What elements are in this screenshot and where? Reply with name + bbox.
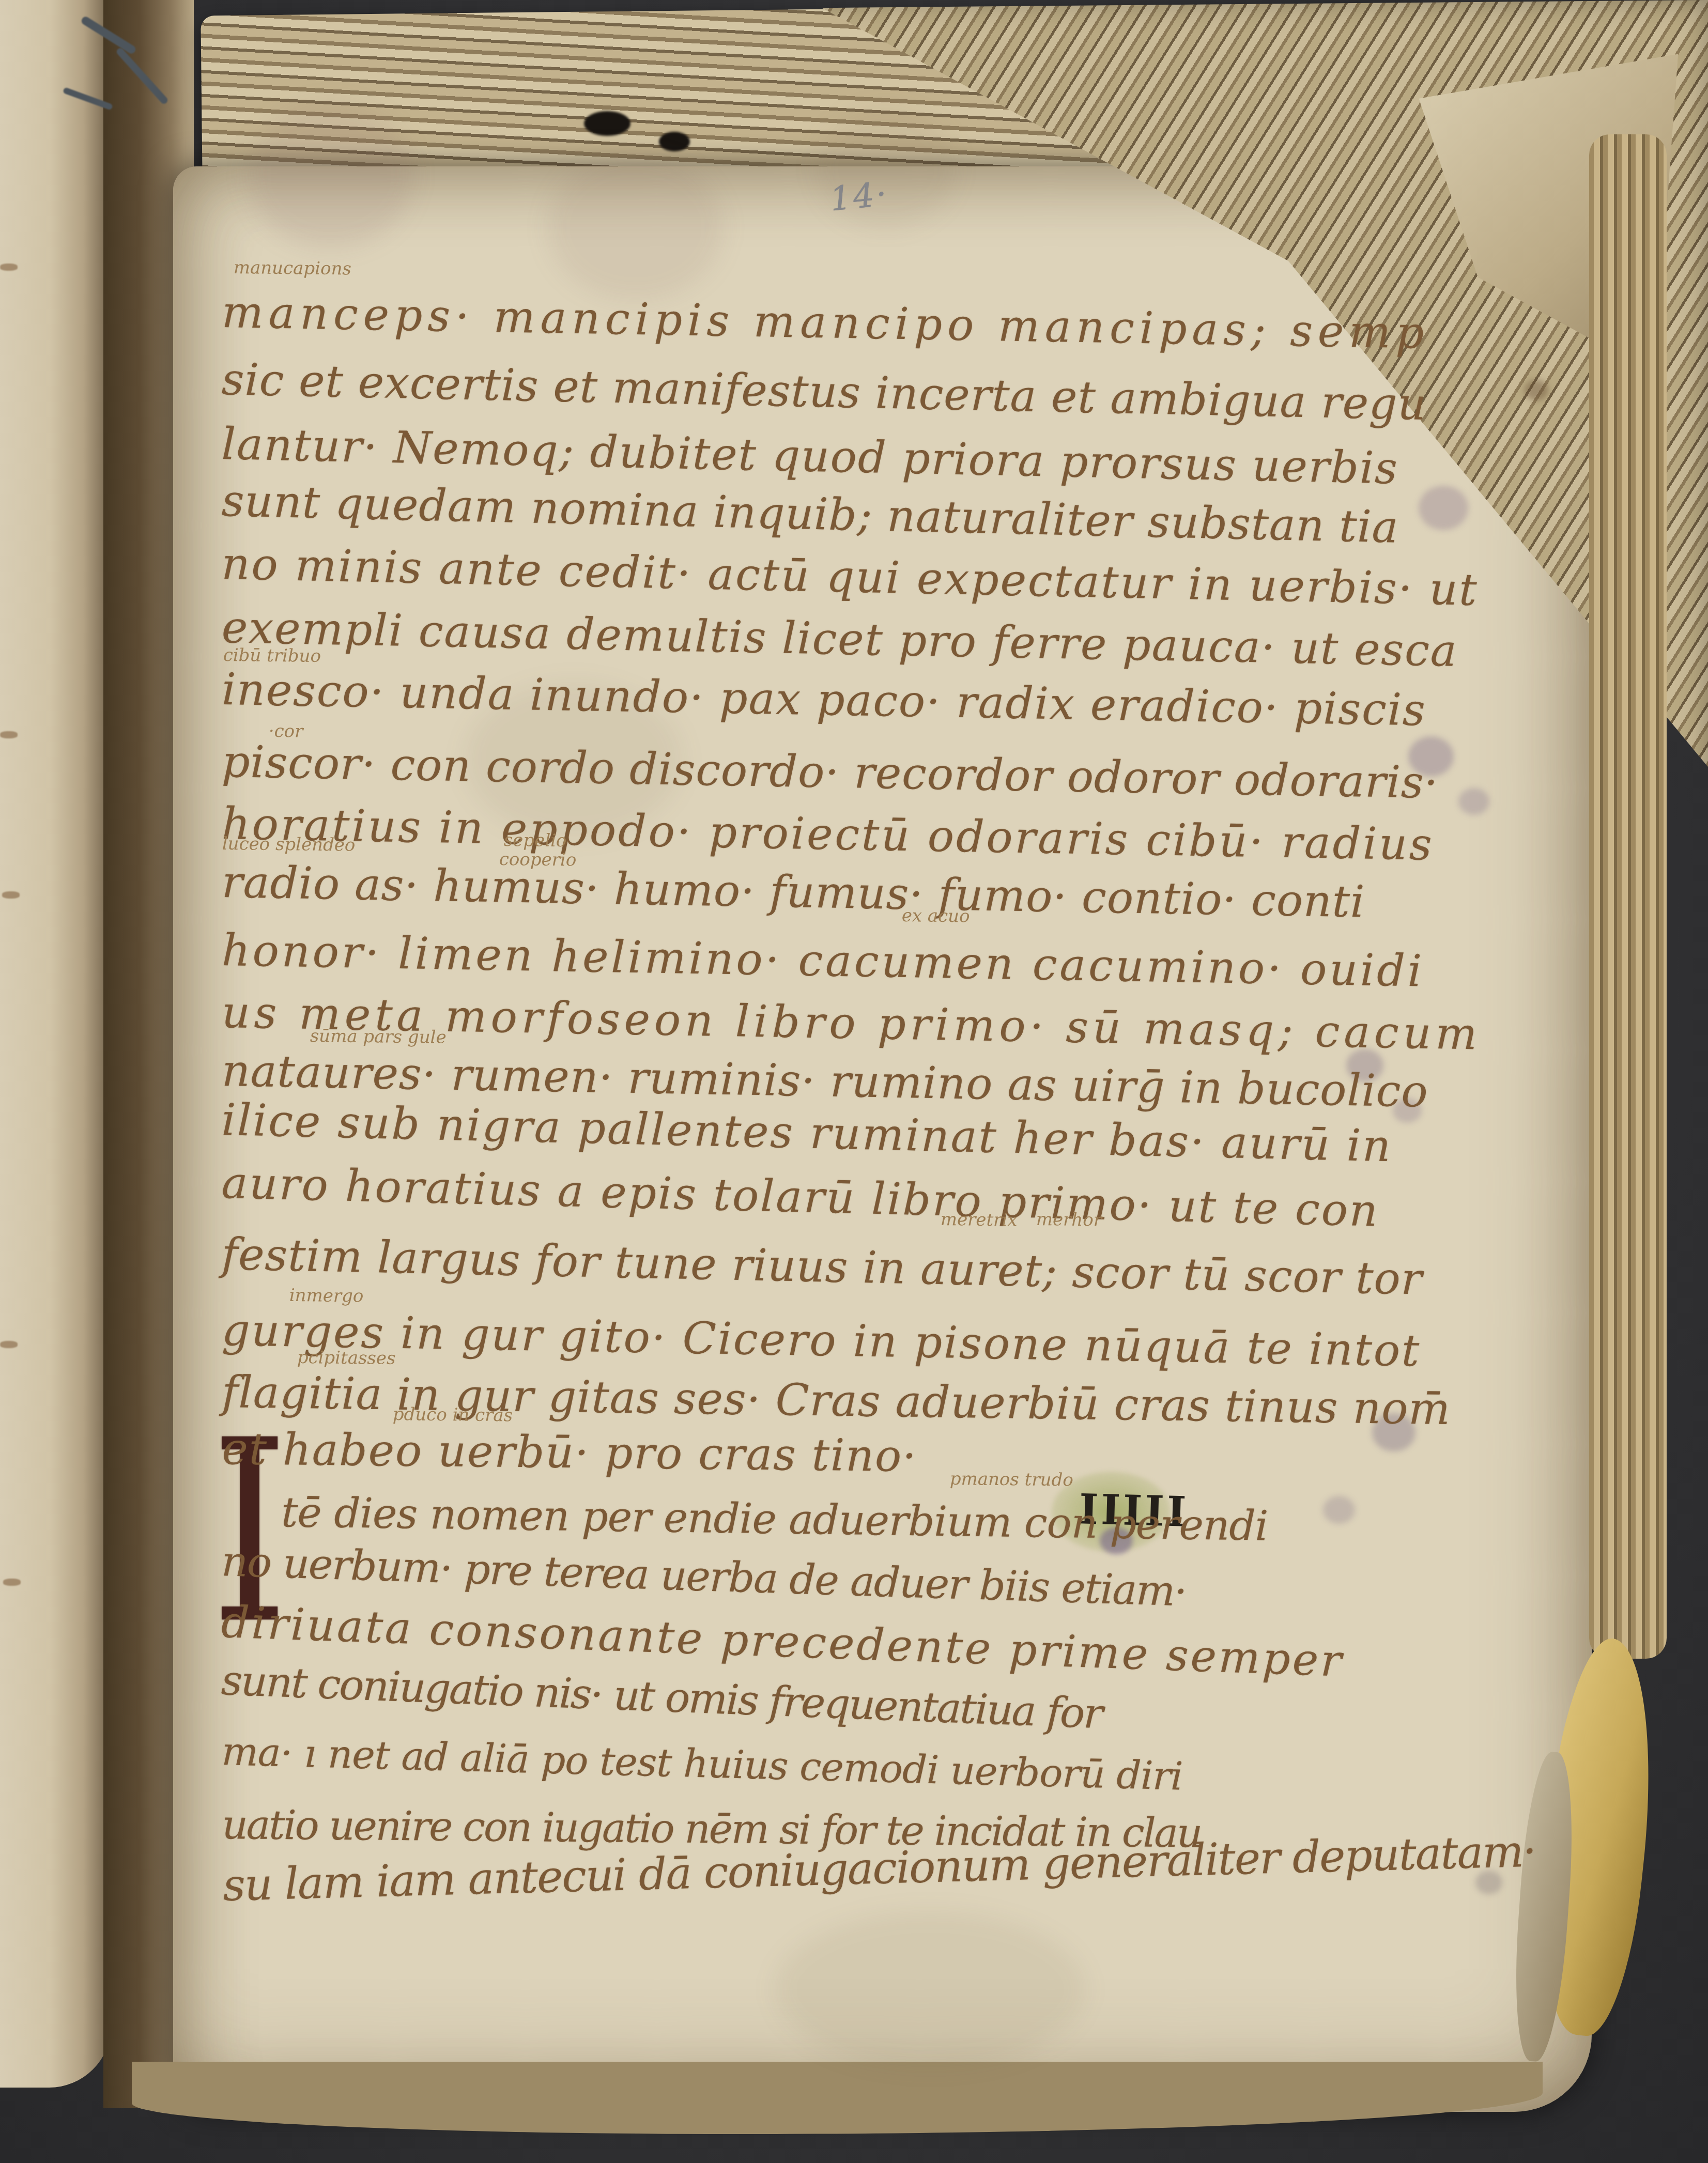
interlinear-gloss: meretrix xyxy=(941,1209,1018,1231)
manuscript-photo: 14· I IIIII manceps· mancipis mancipo ma… xyxy=(0,0,1708,2163)
interlinear-gloss: sepelio xyxy=(504,830,567,851)
interlinear-gloss: ·cor xyxy=(269,721,303,742)
interlinear-gloss: luceo splendeo xyxy=(222,833,356,856)
interlinear-gloss: pmanos trudo xyxy=(950,1469,1073,1491)
gloss-layer: manucapionscibū tribuo·corluceo splendeo… xyxy=(0,0,1708,2163)
interlinear-gloss: inmergo xyxy=(289,1285,364,1307)
interlinear-gloss: ex acuo xyxy=(902,905,970,926)
interlinear-gloss: sūma pars gule xyxy=(310,1026,447,1048)
interlinear-gloss: cibū tribuo xyxy=(223,645,321,667)
interlinear-gloss: cooperio xyxy=(499,849,577,871)
interlinear-gloss: manucapions xyxy=(234,257,351,279)
interlinear-gloss: pduco in cras xyxy=(393,1404,513,1426)
interlinear-gloss: pcipitasses xyxy=(297,1347,396,1369)
interlinear-gloss: merhor xyxy=(1036,1209,1102,1230)
